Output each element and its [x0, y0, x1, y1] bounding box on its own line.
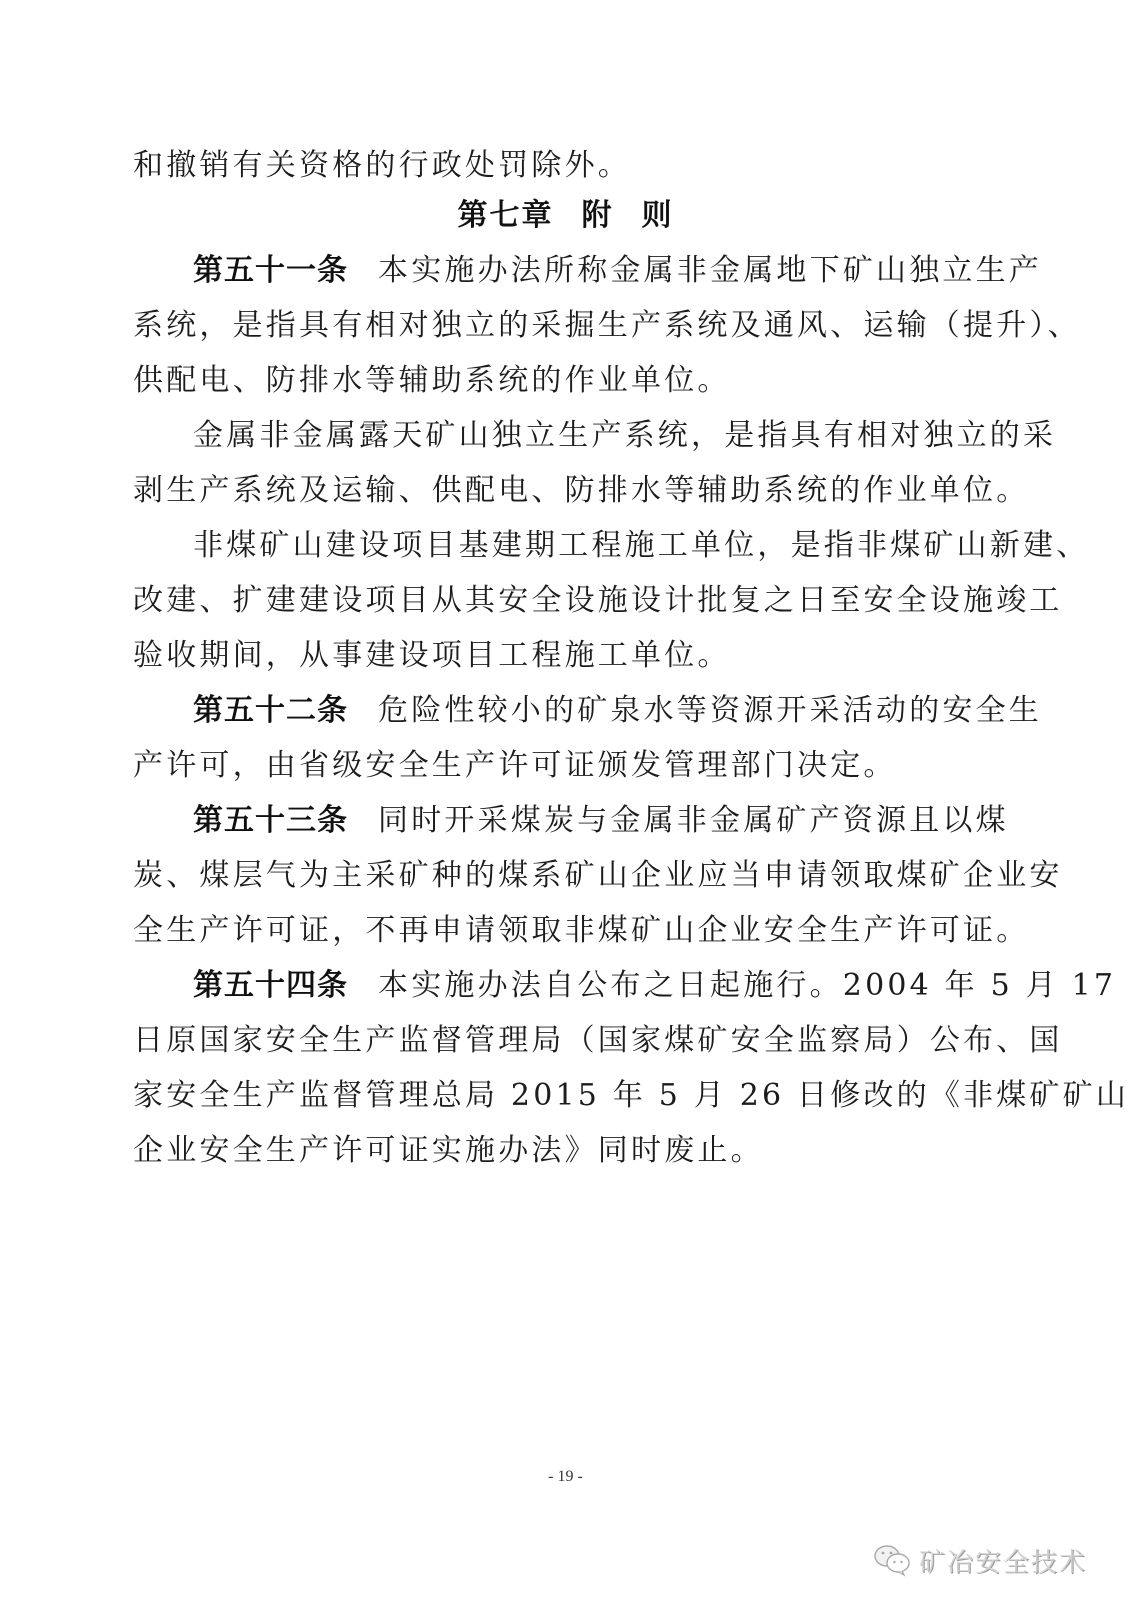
article-54-line-4: 企业安全生产许可证实施办法》同时废止。 — [133, 1131, 975, 1171]
article-53-line-1: 第五十三条同时开采煤炭与金属非金属矿产资源且以煤 — [193, 801, 975, 841]
document-page: 和撤销有关资格的行政处罚除外。 第七章附则 第五十一条本实施办法所称金属非金属地… — [0, 0, 1131, 1600]
article-number: 第五十一条 — [193, 253, 348, 288]
article-number: 第五十四条 — [193, 968, 348, 1003]
article-53-line-2: 炭、煤层气为主采矿种的煤系矿山企业应当申请领取煤矿企业安 — [133, 856, 975, 896]
wechat-icon — [873, 1543, 913, 1577]
article-51-line-2: 系统，是指具有相对独立的采掘生产系统及通风、运输（提升）、 — [133, 306, 975, 346]
article-number: 第五十三条 — [193, 803, 348, 838]
chapter-number: 第七章 — [458, 196, 554, 236]
article-51-line-3: 供配电、防排水等辅助系统的作业单位。 — [133, 361, 975, 401]
article-52-line-1: 第五十二条危险性较小的矿泉水等资源开采活动的安全生 — [193, 691, 975, 731]
article-text: 本实施办法自公布之日起施行。2004 年 5 月 17 — [378, 968, 1116, 1003]
continuation-text: 和撤销有关资格的行政处罚除外。 — [133, 146, 975, 186]
article-54-line-3: 家安全生产监督管理总局 2015 年 5 月 26 日修改的《非煤矿矿山 — [133, 1076, 975, 1116]
article-51-para-3-line-3: 验收期间，从事建设项目工程施工单位。 — [133, 636, 975, 676]
article-51-para-2-line-1: 金属非金属露天矿山独立生产系统，是指具有相对独立的采 — [193, 416, 975, 456]
article-54-line-2: 日原国家安全生产监督管理局（国家煤矿安全监察局）公布、国 — [133, 1021, 975, 1061]
page-number: - 19 - — [0, 1468, 1131, 1486]
article-text: 同时开采煤炭与金属非金属矿产资源且以煤 — [378, 803, 1009, 838]
article-number: 第五十二条 — [193, 693, 348, 728]
watermark: 矿冶安全技术 — [873, 1540, 1087, 1580]
article-54-line-1: 第五十四条本实施办法自公布之日起施行。2004 年 5 月 17 — [193, 966, 975, 1006]
article-51-line-1: 第五十一条本实施办法所称金属非金属地下矿山独立生产 — [193, 251, 975, 291]
article-text: 本实施办法所称金属非金属地下矿山独立生产 — [378, 253, 1042, 288]
watermark-text: 矿冶安全技术 — [919, 1542, 1087, 1579]
chapter-title-part2: 则 — [642, 196, 674, 236]
article-51-para-2-line-2: 剥生产系统及运输、供配电、防排水等辅助系统的作业单位。 — [133, 471, 975, 511]
chapter-heading: 第七章附则 — [0, 196, 1131, 236]
chapter-title-part1: 附 — [582, 196, 614, 236]
article-52-line-2: 产许可，由省级安全生产许可证颁发管理部门决定。 — [133, 746, 975, 786]
article-53-line-3: 全生产许可证，不再申请领取非煤矿山企业安全生产许可证。 — [133, 911, 975, 951]
article-51-para-3-line-1: 非煤矿山建设项目基建期工程施工单位，是指非煤矿山新建、 — [193, 526, 975, 566]
article-51-para-3-line-2: 改建、扩建建设项目从其安全设施设计批复之日至安全设施竣工 — [133, 581, 975, 621]
article-text: 危险性较小的矿泉水等资源开采活动的安全生 — [378, 693, 1042, 728]
